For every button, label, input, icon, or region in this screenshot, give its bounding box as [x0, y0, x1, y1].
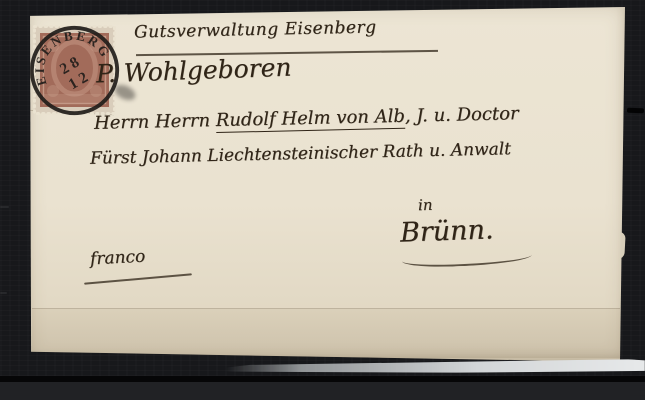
envelope: EISENBERG 28 12 Gutsverwaltung Eisenberg… — [26, 4, 626, 364]
scratch-mark — [0, 292, 7, 294]
franco-marking: franco — [90, 247, 146, 270]
scratch-mark — [627, 108, 644, 114]
underline-stroke — [84, 273, 192, 284]
addressee-title: , J. u. Doctor — [405, 103, 519, 127]
addressee-name: Rudolf Helm von Alb — [216, 106, 406, 133]
address-line-2: Fürst Johann Liechtensteinischer Rath u.… — [90, 139, 511, 169]
destination-preposition: in — [418, 196, 433, 214]
salutation: P. Wohlgeboren — [96, 53, 292, 89]
glare-highlight — [225, 359, 645, 373]
fold-crease — [32, 308, 620, 309]
address-line-1: Herrn Herrn Rudolf Helm von Alb, J. u. D… — [94, 103, 519, 134]
destination-city: Brünn. — [399, 214, 494, 248]
addressee-prefix: Herrn Herrn — [94, 110, 216, 134]
fold-shade — [32, 309, 620, 358]
photo-background: EISENBERG 28 12 Gutsverwaltung Eisenberg… — [0, 0, 645, 400]
scratch-mark — [0, 206, 9, 208]
sender-note: Gutsverwaltung Eisenberg — [134, 17, 377, 42]
background-lower-band — [0, 382, 645, 400]
underline-stroke — [402, 254, 532, 269]
